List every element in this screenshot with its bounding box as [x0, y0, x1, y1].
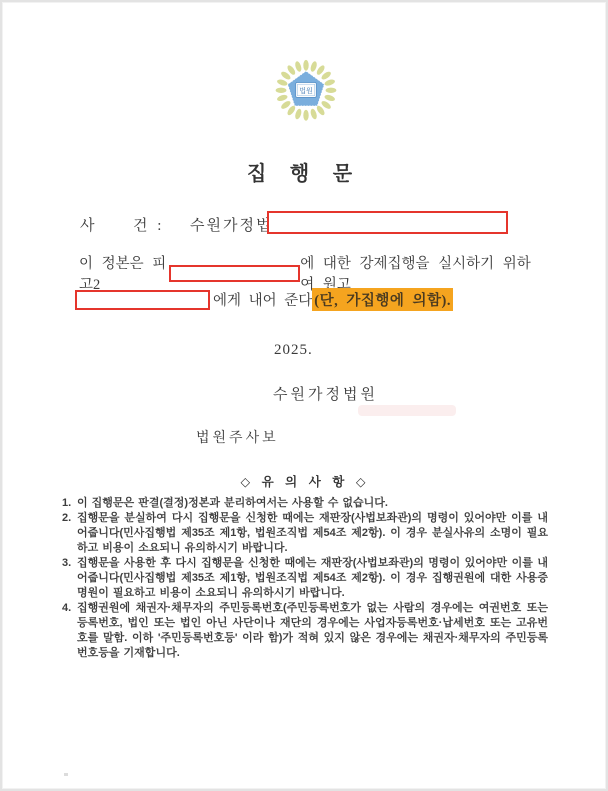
- notice-item-text: 이 집행문은 판결(결정)정본과 분리하여서는 사용할 수 없습니다.: [77, 496, 548, 511]
- notice-item-number: 3.: [62, 556, 77, 571]
- issuing-court-name: 수원가정법원: [273, 383, 378, 404]
- notice-item-number: 4.: [62, 601, 77, 616]
- case-label-part1: 사: [80, 214, 96, 235]
- body-line2-text: 에게 내어 준다: [213, 289, 312, 310]
- notice-item-4: 4. 집행권원에 채권자·채무자의 주민등록번호(주민등록번호가 없는 사람의 …: [62, 601, 548, 661]
- notice-section: ◇ 유 의 사 항 ◇ 1. 이 집행문은 판결(결정)정본과 분리하여서는 사…: [62, 472, 548, 661]
- court-emblem-icon: 법원: [274, 57, 338, 121]
- body-line-2: 에게 내어 준다 (단, 가집행에 의함).: [75, 289, 535, 310]
- redacted-signature-smear: [358, 405, 456, 416]
- notice-item-number: 2.: [62, 511, 77, 526]
- notice-heading: ◇ 유 의 사 항 ◇: [62, 472, 548, 490]
- redacted-plaintiff-box: [75, 290, 210, 310]
- case-row: 사 건 : 수원가정법원: [2, 211, 606, 235]
- body-line1-pre: 이 정본은 피고2: [79, 252, 169, 294]
- notice-item-2: 2. 집행문을 분실하여 다시 집행문을 신청한 때에는 재판장(사법보좌관)의…: [62, 511, 548, 556]
- scan-speck: [64, 773, 68, 776]
- scanned-writ-page: 법원 집 행 문 사 건 : 수원가정법원 이 정본은 피고2 에 대한 강제집…: [0, 0, 608, 791]
- body-line-1: 이 정본은 피고2 에 대한 강제집행을 실시하기 위하여 원고: [79, 264, 534, 282]
- notice-item-number: 1.: [62, 496, 77, 511]
- notice-item-text: 집행권원에 채권자·채무자의 주민등록번호(주민등록번호가 없는 사람의 경우에…: [77, 601, 548, 661]
- notice-item-3: 3. 집행문을 사용한 후 다시 집행문을 신청한 때에는 재판장(사법보좌관)…: [62, 556, 548, 601]
- redacted-defendant-box: [169, 265, 300, 282]
- case-label-part2: 건 :: [133, 214, 164, 235]
- notice-item-text: 집행문을 분실하여 다시 집행문을 신청한 때에는 재판장(사법보좌관)의 명령…: [77, 511, 548, 556]
- highlighted-clause: (단, 가집행에 의함).: [312, 288, 453, 311]
- document-date: 2025.: [274, 342, 313, 359]
- notice-item-1: 1. 이 집행문은 판결(결정)정본과 분리하여서는 사용할 수 없습니다.: [62, 496, 548, 511]
- redacted-case-number-box: [267, 211, 508, 234]
- notice-item-text: 집행문을 사용한 후 다시 집행문을 신청한 때에는 재판장(사법보좌관)의 명…: [77, 556, 548, 601]
- document-title: 집 행 문: [2, 157, 606, 186]
- clerk-title: 법원주사보: [196, 427, 279, 447]
